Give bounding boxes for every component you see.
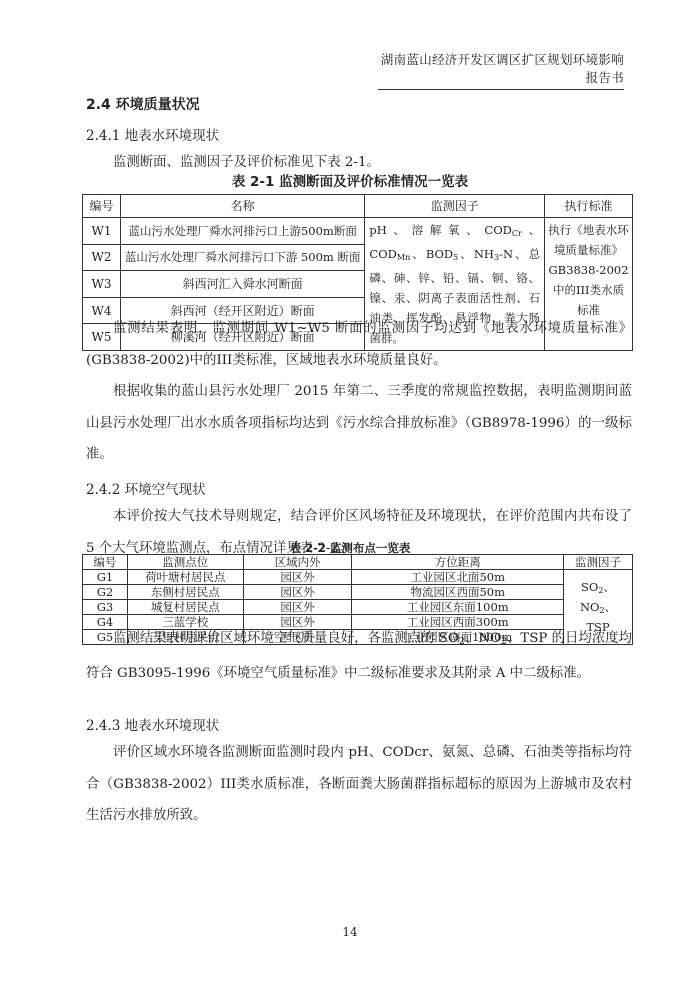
cell-site: 荷叶塘村居民点 xyxy=(127,570,243,585)
cell-name: 斜西河汇入舜水河断面 xyxy=(120,271,364,298)
table-row: G3 城复村居民点 园区外 工业园区东面100m xyxy=(83,600,633,615)
running-header: 湖南蓝山经济开发区调区扩区规划环境影响报告书 xyxy=(378,50,624,90)
col-header-zone: 区域内外 xyxy=(243,555,352,570)
section-heading-2-4-2: 2.4.2 环境空气现状 xyxy=(86,478,206,498)
table-2-1-caption: 表 2-1 监测断面及评价标准情况一览表 xyxy=(0,170,700,190)
water-environment-paragraph: 评价区域水环境各监测断面监测时段内 pH、CODcr、氨氮、总磷、石油类等指标均… xyxy=(86,737,632,832)
col-header-site: 监测点位 xyxy=(127,555,243,570)
surface-water-result-paragraph: 监测结果表明，监测期间 W1~W5 断面的监测因子均达到《地表水环境质量标准》(… xyxy=(86,313,632,376)
cell-id: G3 xyxy=(83,600,128,615)
section-heading-2-4-3: 2.4.3 地表水环境现状 xyxy=(86,714,219,734)
cell-id: W2 xyxy=(83,244,121,271)
table-header-row: 编号 名称 监测因子 执行标准 xyxy=(83,195,633,218)
table-header-row: 编号 监测点位 区域内外 方位距离 监测因子 xyxy=(83,555,633,570)
col-header-standard: 执行标准 xyxy=(545,195,633,218)
table-row: G1 荷叶塘村居民点 园区外 工业园区北面50m SO2、 NO2、 TSP xyxy=(83,570,633,585)
cell-distance: 工业园区东面100m xyxy=(352,600,564,615)
cell-distance: 工业园区北面50m xyxy=(352,570,564,585)
air-quality-result-paragraph: 监测结果表明评价区域环境空气质量良好，各监测点的 SO2、NO2、TSP 的日均… xyxy=(86,623,632,689)
cell-id: G2 xyxy=(83,585,128,600)
cell-id: W3 xyxy=(83,271,121,298)
cell-site: 东侧村居民点 xyxy=(127,585,243,600)
cell-zone: 园区外 xyxy=(243,570,352,585)
cell-distance: 物流园区西面50m xyxy=(352,585,564,600)
cell-zone: 园区外 xyxy=(243,600,352,615)
cell-id: W1 xyxy=(83,218,121,245)
table-row: G2 东侧村居民点 园区外 物流园区西面50m xyxy=(83,585,633,600)
wastewater-plant-paragraph: 根据收集的蓝山县污水处理厂 2015 年第二、三季度的常规监控数据，表明监测期间… xyxy=(86,376,632,471)
col-header-factors: 监测因子 xyxy=(564,555,633,570)
cell-name: 蓝山污水处理厂舜水河排污口下游 500m 断面 xyxy=(120,244,364,271)
table-row: W1 蓝山污水处理厂舜水河排污口上游500m断面 pH、溶解氧、CODCr、CO… xyxy=(83,218,633,245)
col-header-id: 编号 xyxy=(83,195,121,218)
col-header-name: 名称 xyxy=(120,195,364,218)
cell-name: 蓝山污水处理厂舜水河排污口上游500m断面 xyxy=(120,218,364,245)
section-heading-2-4-1: 2.4.1 地表水环境现状 xyxy=(86,124,219,144)
cell-zone: 园区外 xyxy=(243,585,352,600)
col-header-factors: 监测因子 xyxy=(365,195,545,218)
cell-id: G1 xyxy=(83,570,128,585)
page-number: 14 xyxy=(0,925,700,939)
col-header-id: 编号 xyxy=(83,555,128,570)
document-page: 湖南蓝山经济开发区调区扩区规划环境影响报告书 2.4 环境质量状况 2.4.1 … xyxy=(0,0,700,990)
cell-site: 城复村居民点 xyxy=(127,600,243,615)
section-heading-2-4: 2.4 环境质量状况 xyxy=(86,94,200,114)
col-header-distance: 方位距离 xyxy=(352,555,564,570)
